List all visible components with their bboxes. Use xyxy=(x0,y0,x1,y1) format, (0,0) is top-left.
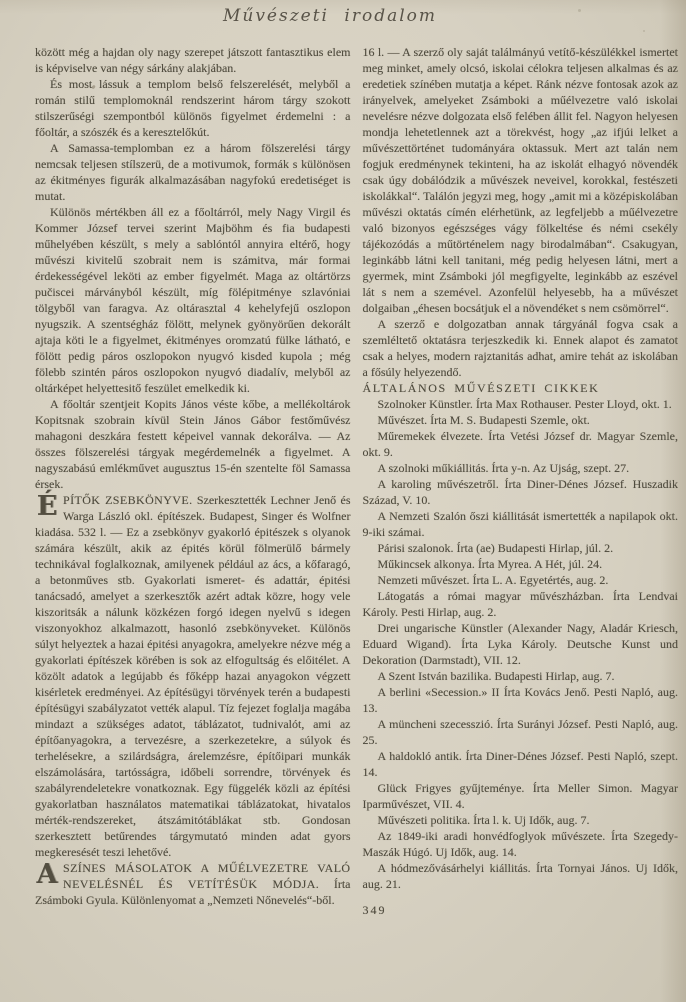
list-item: Szolnoker Künstler. Írta Max Rothauser. … xyxy=(363,396,679,412)
list-item: Látogatás a római magyar művészházban. Í… xyxy=(363,588,679,620)
paragraph: A szerző e dolgozatban annak tárgyánál f… xyxy=(363,316,679,380)
paragraph: A főoltár szentjeit Kopits János véste k… xyxy=(35,396,351,492)
list-item: Drei ungarische Künstler (Alexander Nagy… xyxy=(363,620,679,668)
list-item: A karoling művészetről. Írta Diner-Dénes… xyxy=(363,476,679,508)
paper-speck xyxy=(578,9,581,12)
paper-speck xyxy=(643,30,645,32)
review-entry-szines-masolatok: ASZÍNES MÁSOLATOK A MŰÉLVEZETRE VALÓ NEV… xyxy=(35,860,351,908)
list-item: A haldokló antik. Írta Diner-Dénes Józse… xyxy=(363,748,679,780)
list-item: A szolnoki műkiállitás. Írta y-n. Az Ujs… xyxy=(363,460,679,476)
text-columns: között még a hajdan oly nagy szerepet já… xyxy=(35,44,678,918)
running-head: Művészeti irodalom xyxy=(0,6,660,26)
entry-text: Szerkesztették Lechner Jenő és Warga Lás… xyxy=(35,493,351,859)
list-item: Műkincsek alkonya. Írta Myrea. A Hét, jú… xyxy=(363,556,679,572)
paragraph-continuation: 16 l. — A szerző oly saját találmányú ve… xyxy=(363,44,679,316)
list-item: A hódmezővásárhelyi kiállitás. Írta Torn… xyxy=(363,860,679,892)
page-number: 349 xyxy=(363,892,679,918)
entry-title: PÍTŐK ZSEBKÖNYVE. xyxy=(63,493,192,507)
section-heading: ÁLTALÁNOS MŰVÉSZETI CIKKEK xyxy=(363,380,679,396)
left-column: között még a hajdan oly nagy szerepet já… xyxy=(35,44,351,918)
paragraph: És most lássuk a templom belső felszerel… xyxy=(35,76,351,140)
list-item: Az 1849-iki aradi honvédfoglyok művészet… xyxy=(363,828,679,860)
list-item: A Szent István bazilika. Budapesti Hirla… xyxy=(363,668,679,684)
drop-cap-letter: É xyxy=(35,494,59,524)
list-item: Nemzeti művészet. Írta L. A. Egyetértés,… xyxy=(363,572,679,588)
paragraph-continuation: között még a hajdan oly nagy szerepet já… xyxy=(35,44,351,76)
list-item: Műremekek élvezete. Írta Vetési József d… xyxy=(363,428,679,460)
entry-title: SZÍNES MÁSOLATOK A MŰÉLVEZETRE VALÓ NEVE… xyxy=(63,861,351,891)
drop-cap-letter: A xyxy=(35,862,59,892)
list-item: Glück Frigyes gyűjteménye. Írta Meller S… xyxy=(363,780,679,812)
right-column: 16 l. — A szerző oly saját találmányú ve… xyxy=(363,44,679,918)
scanned-book-page: Művészeti irodalom között még a hajdan o… xyxy=(0,0,686,1002)
list-item: A Nemzeti Szalón őszi kiállitását ismert… xyxy=(363,508,679,540)
paragraph: Különös mértékben áll ez a főoltárról, m… xyxy=(35,204,351,396)
review-entry-epitok-zsebkonyve: ÉPÍTŐK ZSEBKÖNYVE. Szerkesztették Lechne… xyxy=(35,492,351,860)
paragraph: A Samassa-templomban ez a három fölszere… xyxy=(35,140,351,204)
list-item: A berlini «Secession.» II Írta Kovács Je… xyxy=(363,684,679,716)
list-item: Párisi szalonok. Írta (ae) Budapesti Hir… xyxy=(363,540,679,556)
list-item: Művészeti politika. Írta l. k. Uj Idők, … xyxy=(363,812,679,828)
list-item: A müncheni szecesszió. Írta Surányi Józs… xyxy=(363,716,679,748)
list-item: Művészet. Írta M. S. Budapesti Szemle, o… xyxy=(363,412,679,428)
